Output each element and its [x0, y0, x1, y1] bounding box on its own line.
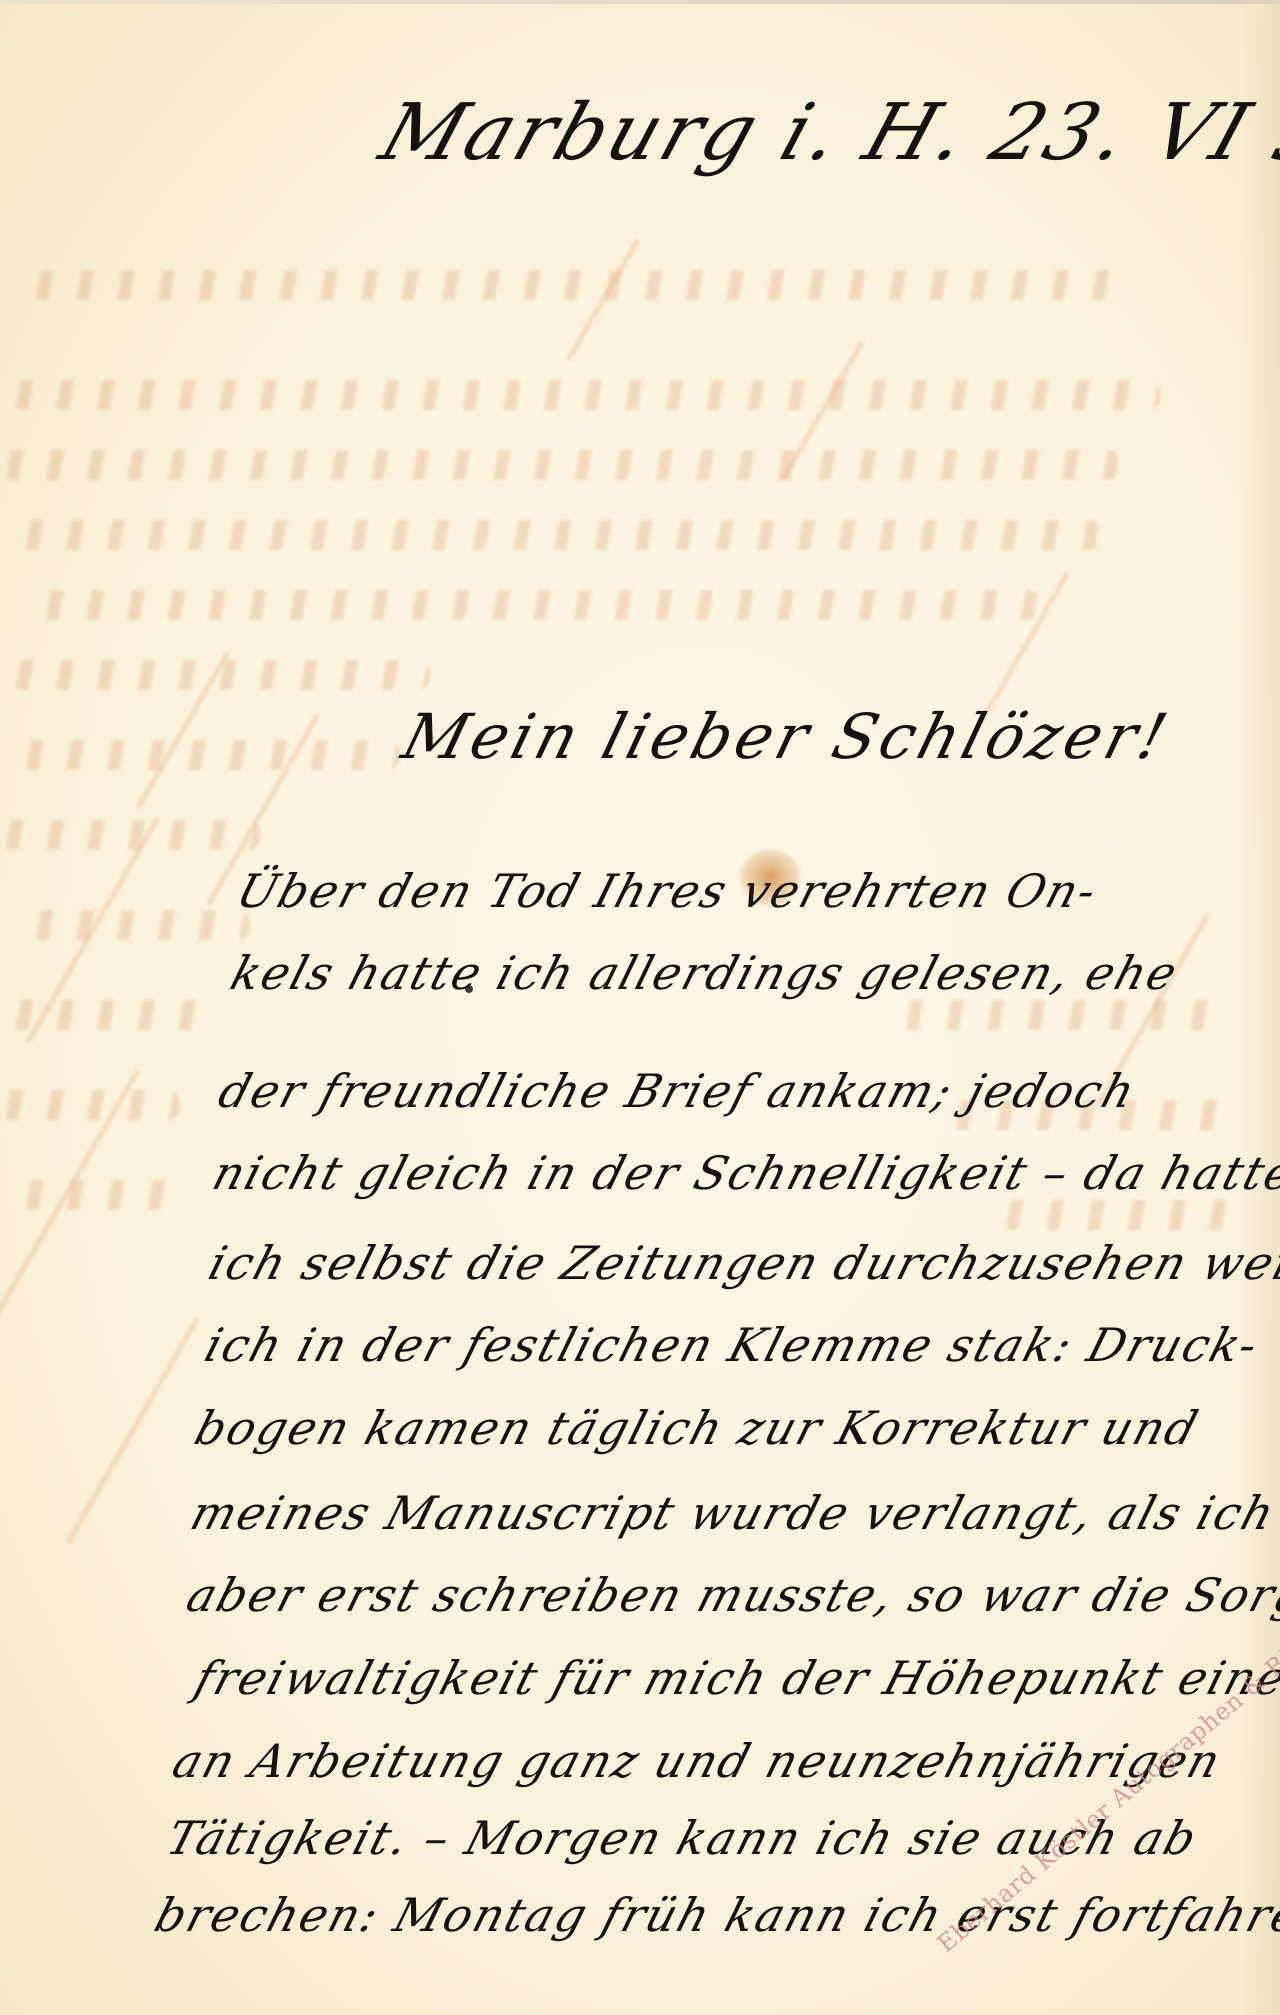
body-line: freiwaltigkeit für mich der Höhepunkt ei…	[190, 1655, 1280, 1701]
bleed-through-text	[0, 0, 1280, 2015]
letter-salutation: Mein lieber Schlözer!	[395, 700, 1178, 773]
letter-page: Marburg i. H. 23. VI 94 Mein lieber Schl…	[0, 0, 1280, 2015]
paper-top-edge	[0, 0, 1280, 4]
body-line: kels hatte ich allerdings gelesen, ehe	[226, 950, 1184, 996]
body-line: an Arbeitung ganz und neunzehnjährigen	[168, 1738, 1227, 1784]
body-line: Über den Tod Ihres verehrten On-	[232, 868, 1103, 914]
body-line: ich selbst die Zeitungen durchzusehen we…	[204, 1240, 1280, 1286]
body-line: brechen: Montag früh kann ich erst fortf…	[150, 1892, 1280, 1938]
body-line: ich in der festlichen Klemme stak: Druck…	[200, 1322, 1265, 1368]
paper-edge-wear	[1240, 0, 1280, 2015]
letter-place-date: Marburg i. H. 23. VI 94	[370, 88, 1280, 178]
body-line: bogen kamen täglich zur Korrektur und	[190, 1405, 1204, 1451]
body-line: aber erst schreiben musste, so war die S…	[182, 1572, 1280, 1618]
body-line: meines Manuscript wurde verlangt, als ic…	[186, 1490, 1280, 1536]
body-line: der freundliche Brief ankam; jedoch	[214, 1068, 1142, 1114]
body-line: nicht gleich in der Schnelligkeit – da h…	[208, 1150, 1280, 1196]
